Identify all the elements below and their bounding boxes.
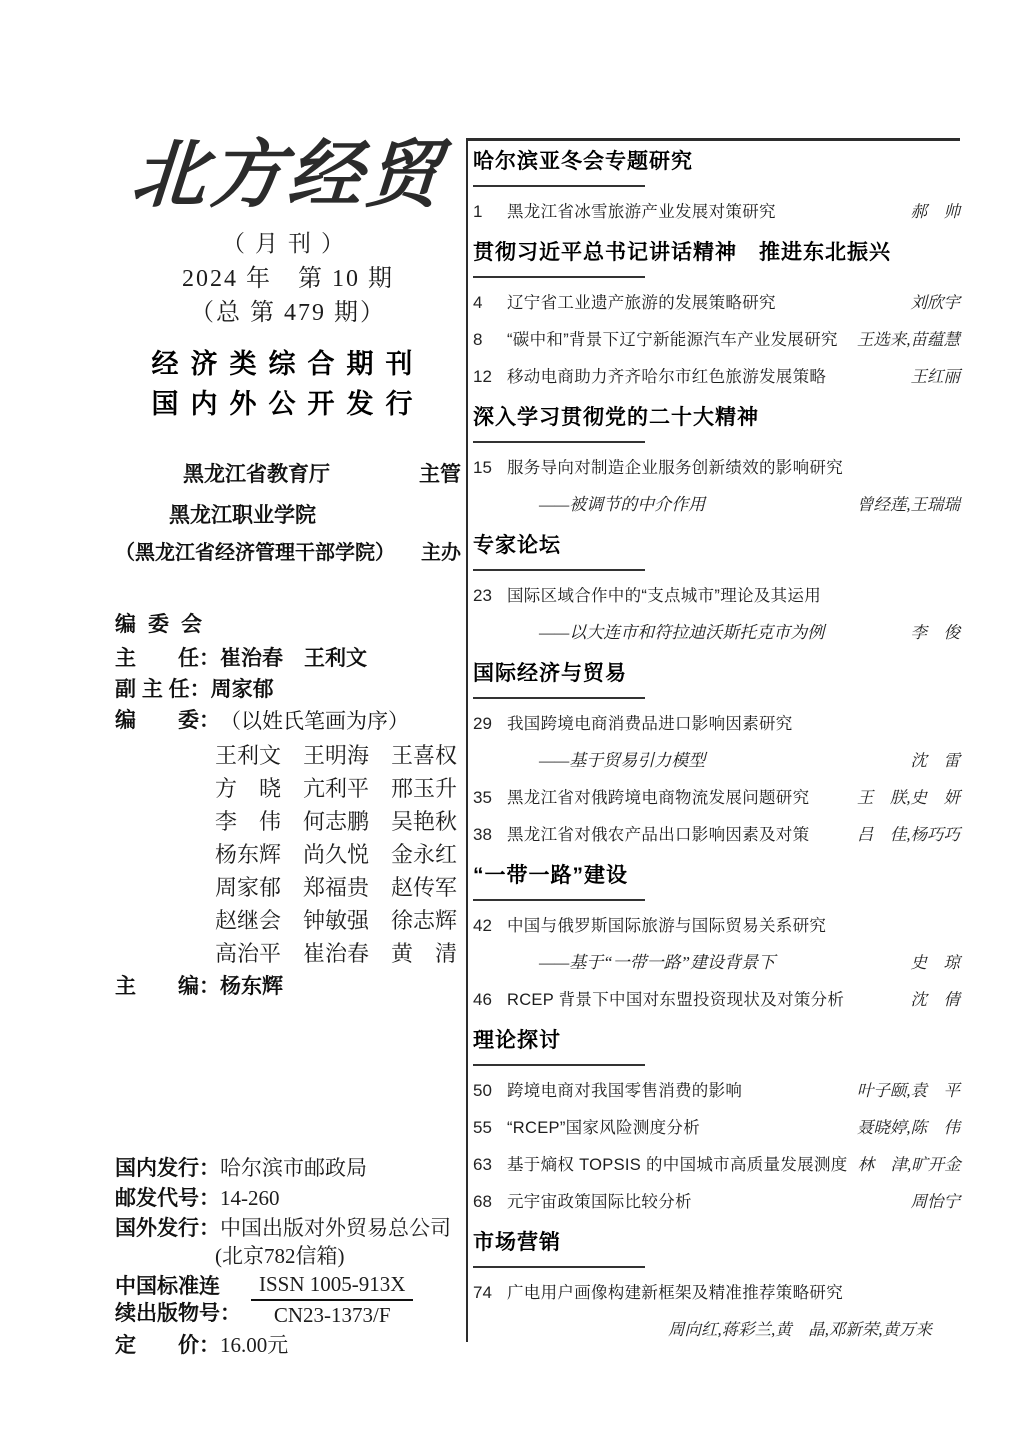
- cn-value: CN23-1373/F: [251, 1301, 413, 1328]
- article-title: 辽宁省工业遗产旅游的发展策略研究: [507, 291, 776, 315]
- domestic-distribution-row: 国内发行： 哈尔滨市邮政局: [115, 1156, 461, 1181]
- domestic-distribution-label: 国内发行：: [115, 1156, 220, 1181]
- toc-item: 74广电用户画像构建新框架及精准推荐策略研究: [473, 1281, 960, 1305]
- article-subtitle-row: ——基于贸易引力模型沈 雷: [473, 749, 960, 773]
- article-authors: 周向红,蒋彩兰,黄 晶,邓新荣,黄万来: [658, 1320, 932, 1339]
- toc-section: “一带一路”建设42中国与俄罗斯国际旅游与国际贸易关系研究——基于“一带一路”建…: [473, 861, 960, 1012]
- section-title: 市场营销: [473, 1228, 960, 1258]
- table-of-contents: 哈尔滨亚冬会专题研究1黑龙江省冰雪旅游产业发展对策研究郝 帅贯彻习近平总书记讲话…: [466, 138, 960, 1342]
- editorial-board-title: 编委会: [115, 612, 461, 638]
- toc-section: 国际经济与贸易29我国跨境电商消费品进口影响因素研究——基于贸易引力模型沈 雷3…: [473, 659, 960, 847]
- article-authors: 周怡宁: [901, 1190, 961, 1214]
- member-row: 李 伟 何志鹏 吴艳秋: [215, 809, 461, 834]
- toc-section: 贯彻习近平总书记讲话精神 推进东北振兴4辽宁省工业遗产旅游的发展策略研究刘欣宇8…: [473, 238, 960, 389]
- issn-value: ISSN 1005-913X: [251, 1272, 413, 1301]
- article-title: 黑龙江省对俄跨境电商物流发展问题研究: [507, 786, 809, 810]
- publication-info: 国内发行： 哈尔滨市邮政局 邮发代号： 14-260 国外发行： 中国出版对外贸…: [115, 1156, 461, 1358]
- section-underline: [473, 185, 645, 187]
- issue-total-number: （总 第 479 期）: [115, 297, 461, 329]
- member-row: 高治平 崔治春 黄 清: [215, 941, 461, 966]
- page-number: 55: [473, 1116, 507, 1140]
- article-subtitle: ——以大连市和符拉迪沃斯托克市为例: [539, 621, 824, 645]
- chief-editor-label: 主 编：: [115, 974, 220, 1000]
- page-number: 1: [473, 200, 507, 224]
- member-row: 杨东辉 尚久悦 金永红: [215, 842, 461, 867]
- toc-item: 35黑龙江省对俄跨境电商物流发展问题研究王 朕,史 妍: [473, 786, 960, 810]
- article-subtitle: ——基于“一带一路”建设背景下: [539, 951, 775, 975]
- article-title: “RCEP”国家风险测度分析: [507, 1116, 700, 1140]
- article-authors: 曾经莲,王瑞瑞: [847, 493, 960, 517]
- article-title: 黑龙江省对俄农产品出口影响因素及对策: [507, 823, 809, 847]
- toc-section: 市场营销74广电用户画像构建新框架及精准推荐策略研究周向红,蒋彩兰,黄 晶,邓新…: [473, 1228, 960, 1343]
- toc-item: 63基于熵权 TOPSIS 的中国城市高质量发展测度林 津,旷开金: [473, 1153, 960, 1177]
- member-row: 方 晓 亢利平 邢玉升: [215, 776, 461, 801]
- article-title: 黑龙江省冰雪旅游产业发展对策研究: [507, 200, 776, 224]
- section-title: 专家论坛: [473, 531, 960, 561]
- organizer-name-2: （黑龙江省经济管理干部学院）: [115, 539, 395, 567]
- article-authors: 李 俊: [901, 621, 961, 645]
- supervisor-role: 主管: [419, 461, 461, 489]
- board-chief-row: 主 编： 杨东辉: [115, 974, 461, 1000]
- page-number: 38: [473, 823, 507, 847]
- serial-number-label: 中国标准连续出版物号：: [115, 1273, 241, 1327]
- member-row: 赵继会 钟敏强 徐志辉: [215, 908, 461, 933]
- toc-section: 理论探讨50跨境电商对我国零售消费的影响叶子颐,袁 平55“RCEP”国家风险测…: [473, 1026, 960, 1214]
- page-number: 4: [473, 291, 507, 315]
- journal-category-line2: 国内外公开发行: [115, 387, 461, 421]
- article-title: 我国跨境电商消费品进口影响因素研究: [507, 712, 793, 736]
- serial-number-block: 中国标准连续出版物号： ISSN 1005-913X CN23-1373/F: [115, 1272, 461, 1328]
- foreign-distribution-row-2: (北京782信箱): [115, 1244, 461, 1269]
- section-underline: [473, 569, 645, 571]
- article-subtitle-row: ——以大连市和符拉迪沃斯托克市为例李 俊: [473, 621, 960, 645]
- deputy-names: 周家郁: [211, 677, 274, 703]
- deputy-label: 副 主 任：: [115, 677, 211, 703]
- toc-item: 4辽宁省工业遗产旅游的发展策略研究刘欣宇: [473, 291, 960, 315]
- page-number: 8: [473, 328, 507, 352]
- masthead-panel: 北方经贸 （月刊） 2024 年 第 10 期 （总 第 479 期） 经济类综…: [115, 125, 461, 1358]
- article-title: 中国与俄罗斯国际旅游与国际贸易关系研究: [507, 914, 826, 938]
- page-number: 15: [473, 456, 507, 480]
- director-label: 主 任：: [115, 646, 220, 672]
- serial-label-line2: 续出版物号：: [115, 1302, 241, 1325]
- postal-code-row: 邮发代号： 14-260: [115, 1186, 461, 1211]
- article-authors-row: 周向红,蒋彩兰,黄 晶,邓新荣,黄万来: [473, 1318, 960, 1343]
- article-authors: 林 津,旷开金: [848, 1153, 961, 1177]
- article-title: 广电用户画像构建新框架及精准推荐策略研究: [507, 1281, 843, 1305]
- toc-item: 46RCEP 背景下中国对东盟投资现状及对策分析沈 倩: [473, 988, 960, 1012]
- page-number: 23: [473, 584, 507, 608]
- page-number: 12: [473, 365, 507, 389]
- section-underline: [473, 1064, 645, 1066]
- director-names: 崔治春 王利文: [220, 646, 367, 672]
- article-title: 元宇宙政策国际比较分析: [507, 1190, 692, 1214]
- supervisor-name: 黑龙江省教育厅: [183, 461, 330, 489]
- journal-category-line1: 经济类综合期刊: [115, 347, 461, 381]
- foreign-distribution-row: 国外发行： 中国出版对外贸易总公司: [115, 1216, 461, 1241]
- article-authors: 郝 帅: [901, 200, 961, 224]
- foreign-distribution-label: 国外发行：: [115, 1216, 220, 1241]
- toc-section: 专家论坛23国际区域合作中的“支点城市”理论及其运用——以大连市和符拉迪沃斯托克…: [473, 531, 960, 645]
- price-row: 定 价： 16.00元: [115, 1333, 461, 1358]
- section-title: “一带一路”建设: [473, 861, 960, 891]
- article-title: RCEP 背景下中国对东盟投资现状及对策分析: [507, 988, 844, 1012]
- members-label: 编 委：: [115, 708, 220, 734]
- board-deputy-row: 副 主 任： 周家郁: [115, 677, 461, 703]
- issue-number: 2024 年 第 10 期: [115, 263, 461, 295]
- article-authors: 王选来,苗蕴慧: [847, 328, 960, 352]
- toc-item: 38黑龙江省对俄农产品出口影响因素及对策吕 佳,杨巧巧: [473, 823, 960, 847]
- serial-label-line1: 中国标准连: [115, 1275, 220, 1298]
- toc-item: 29我国跨境电商消费品进口影响因素研究: [473, 712, 960, 736]
- page-number: 50: [473, 1079, 507, 1103]
- section-title: 贯彻习近平总书记讲话精神 推进东北振兴: [473, 238, 960, 268]
- postal-code-label: 邮发代号：: [115, 1186, 220, 1211]
- member-row: 王利文 王明海 王喜权: [215, 743, 461, 768]
- article-subtitle-row: ——被调节的中介作用曾经莲,王瑞瑞: [473, 493, 960, 517]
- members-note: （以姓氏笔画为序）: [220, 708, 409, 734]
- toc-item: 8“碳中和”背景下辽宁新能源汽车产业发展研究王选来,苗蕴慧: [473, 328, 960, 352]
- section-underline: [473, 441, 645, 443]
- section-underline: [473, 899, 645, 901]
- article-title: 国际区域合作中的“支点城市”理论及其运用: [507, 584, 821, 608]
- postal-code-value: 14-260: [220, 1186, 280, 1211]
- toc-item: 15服务导向对制造企业服务创新绩效的影响研究: [473, 456, 960, 480]
- section-underline: [473, 1266, 645, 1268]
- article-title: 跨境电商对我国零售消费的影响: [507, 1079, 742, 1103]
- journal-logo: 北方经贸: [112, 125, 465, 225]
- toc-item: 55“RCEP”国家风险测度分析聂晓婷,陈 伟: [473, 1116, 960, 1140]
- page-number: 74: [473, 1281, 507, 1305]
- member-row: 周家郁 郑福贵 赵传军: [215, 875, 461, 900]
- article-authors: 王 朕,史 妍: [847, 786, 960, 810]
- organizer-name-1: 黑龙江职业学院: [169, 502, 316, 530]
- board-director-row: 主 任： 崔治春 王利文: [115, 646, 461, 672]
- toc-section: 深入学习贯彻党的二十大精神15服务导向对制造企业服务创新绩效的影响研究——被调节…: [473, 403, 960, 517]
- page-number: 63: [473, 1153, 507, 1177]
- toc-item: 1黑龙江省冰雪旅游产业发展对策研究郝 帅: [473, 200, 960, 224]
- section-title: 理论探讨: [473, 1026, 960, 1056]
- article-subtitle: ——被调节的中介作用: [539, 493, 705, 517]
- foreign-distribution-address: (北京782信箱): [215, 1244, 345, 1269]
- members-list: 王利文 王明海 王喜权 方 晓 亢利平 邢玉升 李 伟 何志鹏 吴艳秋 杨东辉 …: [115, 743, 461, 966]
- organizer-row-2: （黑龙江省经济管理干部学院） 主办: [115, 539, 461, 567]
- price-value: 16.00元: [220, 1333, 288, 1358]
- article-authors: 刘欣宇: [901, 291, 961, 315]
- article-authors: 聂晓婷,陈 伟: [847, 1116, 960, 1140]
- article-title: “碳中和”背景下辽宁新能源汽车产业发展研究: [507, 328, 838, 352]
- article-subtitle-row: ——基于“一带一路”建设背景下史 琼: [473, 951, 960, 975]
- toc-item: 23国际区域合作中的“支点城市”理论及其运用: [473, 584, 960, 608]
- page-number: 68: [473, 1190, 507, 1214]
- page-number: 29: [473, 712, 507, 736]
- article-authors: 吕 佳,杨巧巧: [847, 823, 960, 847]
- article-authors: 王红丽: [901, 365, 961, 389]
- organizer-role: 主办: [421, 539, 461, 567]
- domestic-distribution-value: 哈尔滨市邮政局: [220, 1156, 367, 1181]
- toc-section: 哈尔滨亚冬会专题研究1黑龙江省冰雪旅游产业发展对策研究郝 帅: [473, 147, 960, 224]
- article-authors: 沈 雷: [901, 749, 961, 773]
- toc-item: 42中国与俄罗斯国际旅游与国际贸易关系研究: [473, 914, 960, 938]
- section-underline: [473, 697, 645, 699]
- editorial-board: 编委会 主 任： 崔治春 王利文 副 主 任： 周家郁 编 委： （以姓氏笔画为…: [115, 612, 461, 1000]
- page-number: 42: [473, 914, 507, 938]
- article-authors: 沈 倩: [901, 988, 961, 1012]
- toc-item: 12移动电商助力齐齐哈尔市红色旅游发展策略王红丽: [473, 365, 960, 389]
- page-number: 35: [473, 786, 507, 810]
- article-authors: 叶子颐,袁 平: [847, 1079, 960, 1103]
- serial-numbers: ISSN 1005-913X CN23-1373/F: [251, 1272, 413, 1328]
- toc-item: 68元宇宙政策国际比较分析周怡宁: [473, 1190, 960, 1214]
- toc-item: 50跨境电商对我国零售消费的影响叶子颐,袁 平: [473, 1079, 960, 1103]
- article-subtitle: ——基于贸易引力模型: [539, 749, 705, 773]
- supervisor-row: 黑龙江省教育厅 主管: [115, 461, 461, 489]
- section-title: 国际经济与贸易: [473, 659, 960, 689]
- article-authors: 史 琼: [901, 951, 961, 975]
- article-title: 移动电商助力齐齐哈尔市红色旅游发展策略: [507, 365, 826, 389]
- price-label: 定 价：: [115, 1333, 220, 1358]
- article-title: 基于熵权 TOPSIS 的中国城市高质量发展测度: [507, 1153, 848, 1177]
- chief-editor-names: 杨东辉: [220, 974, 283, 1000]
- page-number: 46: [473, 988, 507, 1012]
- journal-frequency: （月刊）: [115, 229, 461, 259]
- foreign-distribution-value: 中国出版对外贸易总公司: [220, 1216, 451, 1241]
- section-title: 深入学习贯彻党的二十大精神: [473, 403, 960, 433]
- article-title: 服务导向对制造企业服务创新绩效的影响研究: [507, 456, 843, 480]
- section-title: 哈尔滨亚冬会专题研究: [473, 147, 960, 177]
- section-underline: [473, 276, 645, 278]
- organizer-row-1: 黑龙江职业学院: [115, 502, 461, 530]
- board-members-row: 编 委： （以姓氏笔画为序）: [115, 708, 461, 734]
